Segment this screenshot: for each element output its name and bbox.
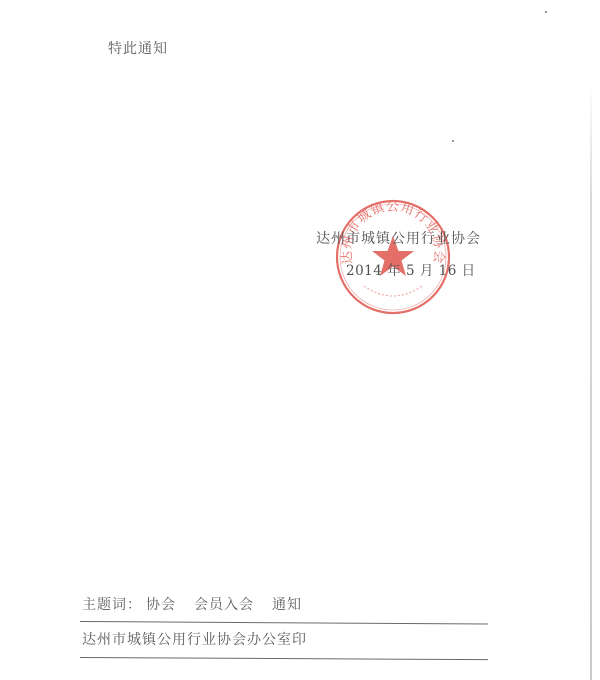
footer-divider <box>80 657 488 660</box>
scan-speck <box>545 11 547 13</box>
keywords-label: 主题词： <box>82 597 142 613</box>
keyword: 会员入会 <box>194 597 254 613</box>
keyword: 通知 <box>272 597 302 613</box>
keywords-line: 主题词：协会会员入会通知 <box>82 594 302 614</box>
signing-date: 2014 年 5 月 16 日 <box>346 259 476 279</box>
closing-phrase: 特此通知 <box>108 38 168 58</box>
keyword: 协会 <box>146 597 176 613</box>
footer-divider <box>80 621 488 624</box>
official-seal: 达州市城镇公用行业协会 <box>334 198 452 316</box>
issuing-office: 达州市城镇公用行业协会办公室印 <box>82 629 307 649</box>
signing-organization: 达州市城镇公用行业协会 <box>316 228 481 248</box>
scan-speck <box>452 140 454 142</box>
scan-page-edge <box>590 80 592 680</box>
